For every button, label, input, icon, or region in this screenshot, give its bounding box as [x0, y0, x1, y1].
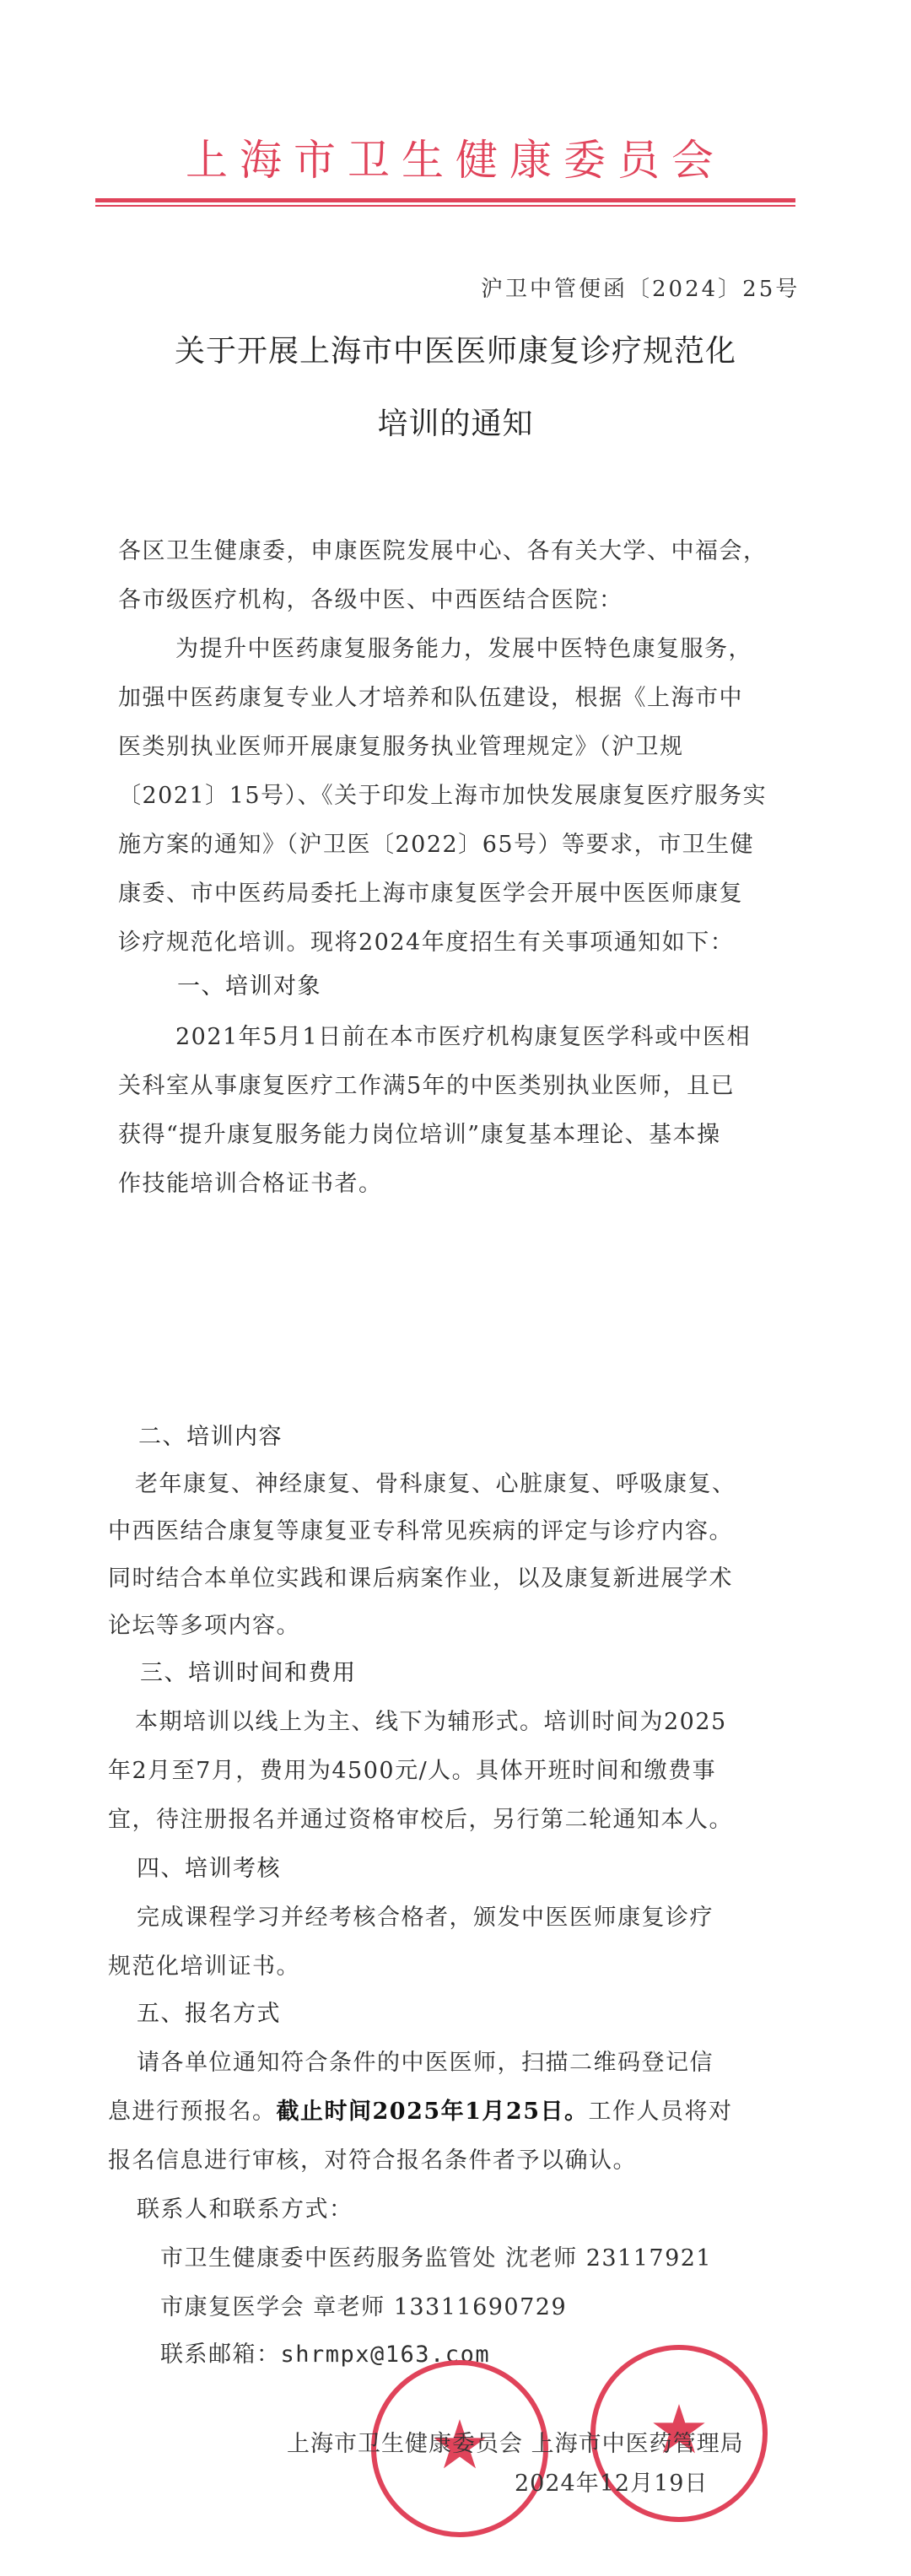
letterhead-rule-thin — [95, 205, 795, 207]
contact-phone[interactable]: 13311690729 — [394, 2294, 567, 2320]
section-5-line: 息进行预报名。截止时间2025年1月25日。工作人员将对 — [108, 2095, 733, 2129]
section-5-line: 请各单位通知符合条件的中医医师，扫描二维码登记信 — [137, 2046, 714, 2080]
section-5-text: 工作人员将对 — [589, 2099, 733, 2125]
intro-line: 为提升中医药康复服务能力，发展中医特色康复服务， — [175, 633, 752, 666]
section-1-line: 关科室从事康复医疗工作满5年的中医类别执业医师，且已 — [118, 1070, 735, 1103]
addressee-line1: 各区卫生健康委，申康医院发展中心、各有关大学、中福会， — [118, 535, 768, 569]
section-heading-1: 一、培训对象 — [177, 970, 321, 1004]
contact-person: 沈老师 — [505, 2245, 578, 2272]
signature-date: 2024年12月19日 — [515, 2467, 708, 2501]
addressee-line2: 各市级医疗机构，各级中医、中西医结合医院： — [118, 584, 623, 617]
section-heading-4: 四、培训考核 — [137, 1852, 281, 1886]
section-3-line: 本期培训以线上为主、线下为辅形式。培训时间为2025 — [135, 1706, 727, 1739]
contact-row: 市卫生健康委中医药服务监管处 沈老师 23117921 — [160, 2242, 712, 2276]
letterhead-rule-thick — [95, 198, 795, 202]
section-3-line: 年2月至7月，费用为4500元/人。具体开班时间和缴费事 — [108, 1754, 716, 1788]
intro-line: 康委、市中医药局委托上海市康复医学会开展中医医师康复 — [118, 877, 743, 911]
section-heading-2: 二、培训内容 — [138, 1420, 283, 1454]
section-1-line: 作技能培训合格证书者。 — [118, 1167, 383, 1201]
document-title-line1: 关于开展上海市中医医师康复诊疗规范化 — [0, 331, 911, 373]
contact-org: 市卫生健康委中医药服务监管处 — [160, 2245, 497, 2272]
contact-org: 市康复医学会 — [160, 2294, 305, 2320]
section-2-line: 论坛等多项内容。 — [108, 1609, 300, 1643]
letterhead-title: 上海市卫生健康委员会 — [0, 135, 911, 186]
email-label: 联系邮箱： — [160, 2342, 281, 2368]
contacts-label: 联系人和联系方式： — [137, 2193, 353, 2227]
contact-phone[interactable]: 23117921 — [586, 2245, 712, 2272]
intro-line: 加强中医药康复专业人才培养和队伍建设，根据《上海市中 — [118, 682, 743, 715]
section-5-line: 报名信息进行审核，对符合报名条件者予以确认。 — [108, 2144, 637, 2178]
section-1-line: 获得“提升康复服务能力岗位培训”康复基本理论、基本操 — [118, 1118, 721, 1152]
document-number: 沪卫中管便函〔2024〕25号 — [481, 272, 800, 306]
intro-line: 诊疗规范化培训。现将2024年度招生有关事项通知如下： — [118, 926, 734, 960]
intro-line: 医类别执业医师开展康复服务执业管理规定》（沪卫规 — [118, 730, 684, 764]
signature-orgs: 上海市卫生健康委员会 上海市中医药管理局 — [287, 2428, 744, 2461]
section-3-line: 宜，待注册报名并通过资格审校后，另行第二轮通知本人。 — [108, 1803, 733, 1837]
section-4-line: 完成课程学习并经考核合格者，颁发中医医师康复诊疗 — [137, 1901, 714, 1935]
intro-line: 施方案的通知》（沪卫医〔2022〕65号）等要求，市卫生健 — [118, 828, 754, 862]
deadline-text: 截止时间2025年1月25日。 — [277, 2099, 589, 2125]
intro-line: 〔2021〕15号）、《关于印发上海市加快发展康复医疗服务实 — [118, 779, 767, 813]
section-heading-3: 三、培训时间和费用 — [140, 1657, 357, 1690]
section-1-line: 2021年5月1日前在本市医疗机构康复医学科或中医相 — [175, 1021, 751, 1054]
contact-row: 市康复医学会 章老师 13311690729 — [160, 2291, 567, 2325]
contact-person: 章老师 — [313, 2294, 385, 2320]
section-2-line: 老年康复、神经康复、骨科康复、心脏康复、呼吸康复、 — [135, 1468, 736, 1501]
section-2-line: 同时结合本单位实践和课后病案作业，以及康复新进展学术 — [108, 1562, 733, 1596]
section-2-line: 中西医结合康复等康复亚专科常见疾病的评定与诊疗内容。 — [108, 1515, 733, 1549]
section-5-text: 息进行预报名。 — [108, 2099, 277, 2125]
section-heading-5: 五、报名方式 — [137, 1997, 281, 2031]
section-4-line: 规范化培训证书。 — [108, 1950, 300, 1984]
document-title-line2: 培训的通知 — [0, 403, 911, 445]
